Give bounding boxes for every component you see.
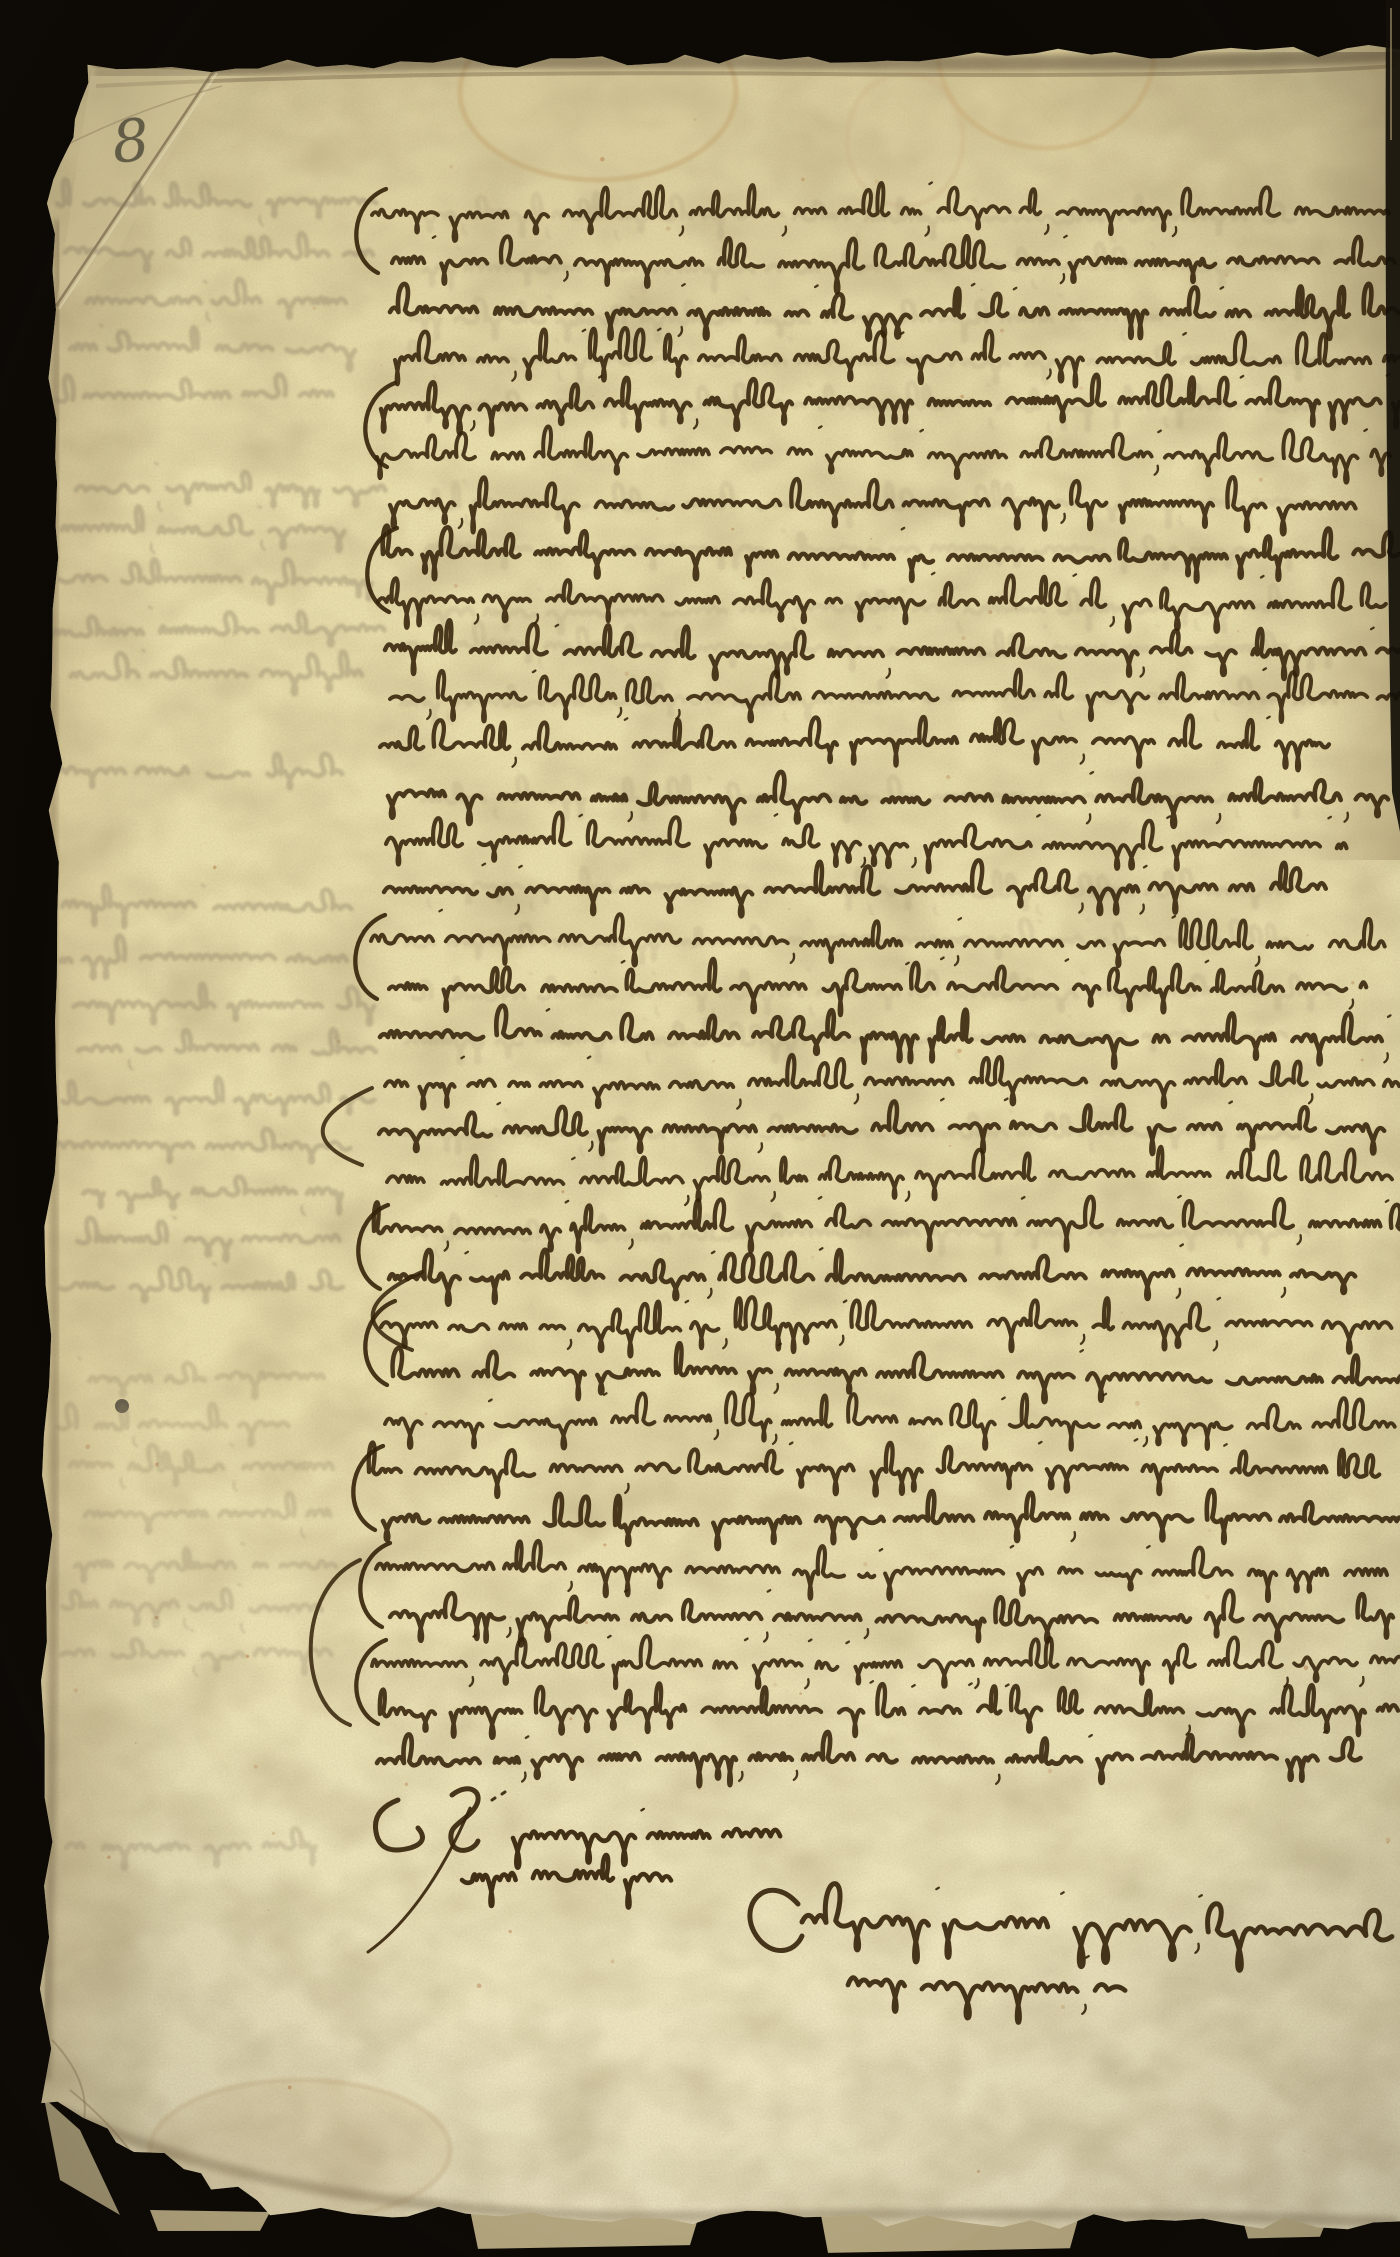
manuscript-scene: 8 [0, 0, 1400, 2257]
manuscript-photo: 8 [0, 0, 1400, 2257]
photo-vignette [0, 0, 1400, 2257]
vignette-overlay [0, 0, 1400, 2257]
